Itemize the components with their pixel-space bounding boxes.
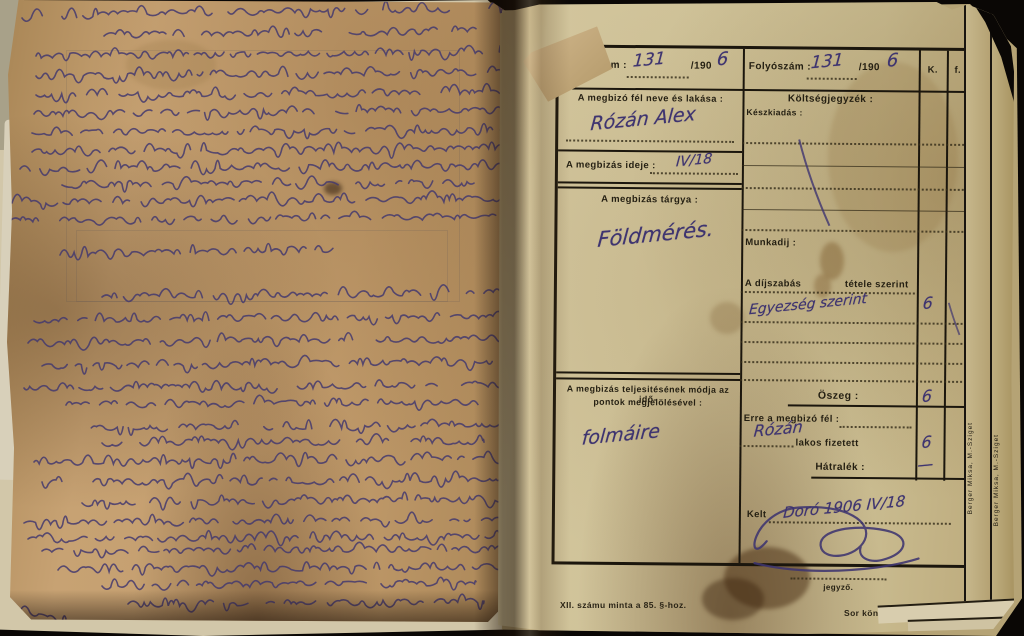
sheet-edge-strip [964, 2, 990, 612]
handwritten-script [6, 0, 508, 622]
pen-slash [798, 139, 830, 225]
pen-slash [948, 303, 959, 335]
page-bottom-shadow [6, 590, 508, 624]
manuscript-page [6, 0, 508, 622]
archival-book-scan: ószám : 131 /190 6 Folyószám : 131 /190 … [0, 0, 1024, 636]
form-page: ószám : 131 /190 6 Folyószám : 131 /190 … [498, 2, 1014, 634]
printer-mark-vertical: Berger Miksa, M.-Sziget [967, 422, 974, 514]
signer-title-label: jegyző. [790, 582, 886, 592]
commission-fee-form: ószám : 131 /190 6 Folyószám : 131 /190 … [551, 44, 972, 568]
ink-strokes [555, 47, 969, 565]
form-template-note: XII. számu minta a 85. §-hoz. [560, 600, 686, 610]
signature [754, 507, 919, 572]
dark-stain [702, 578, 764, 620]
printer-mark-vertical: Berger Miksa, M.-Sziget [993, 434, 1000, 526]
